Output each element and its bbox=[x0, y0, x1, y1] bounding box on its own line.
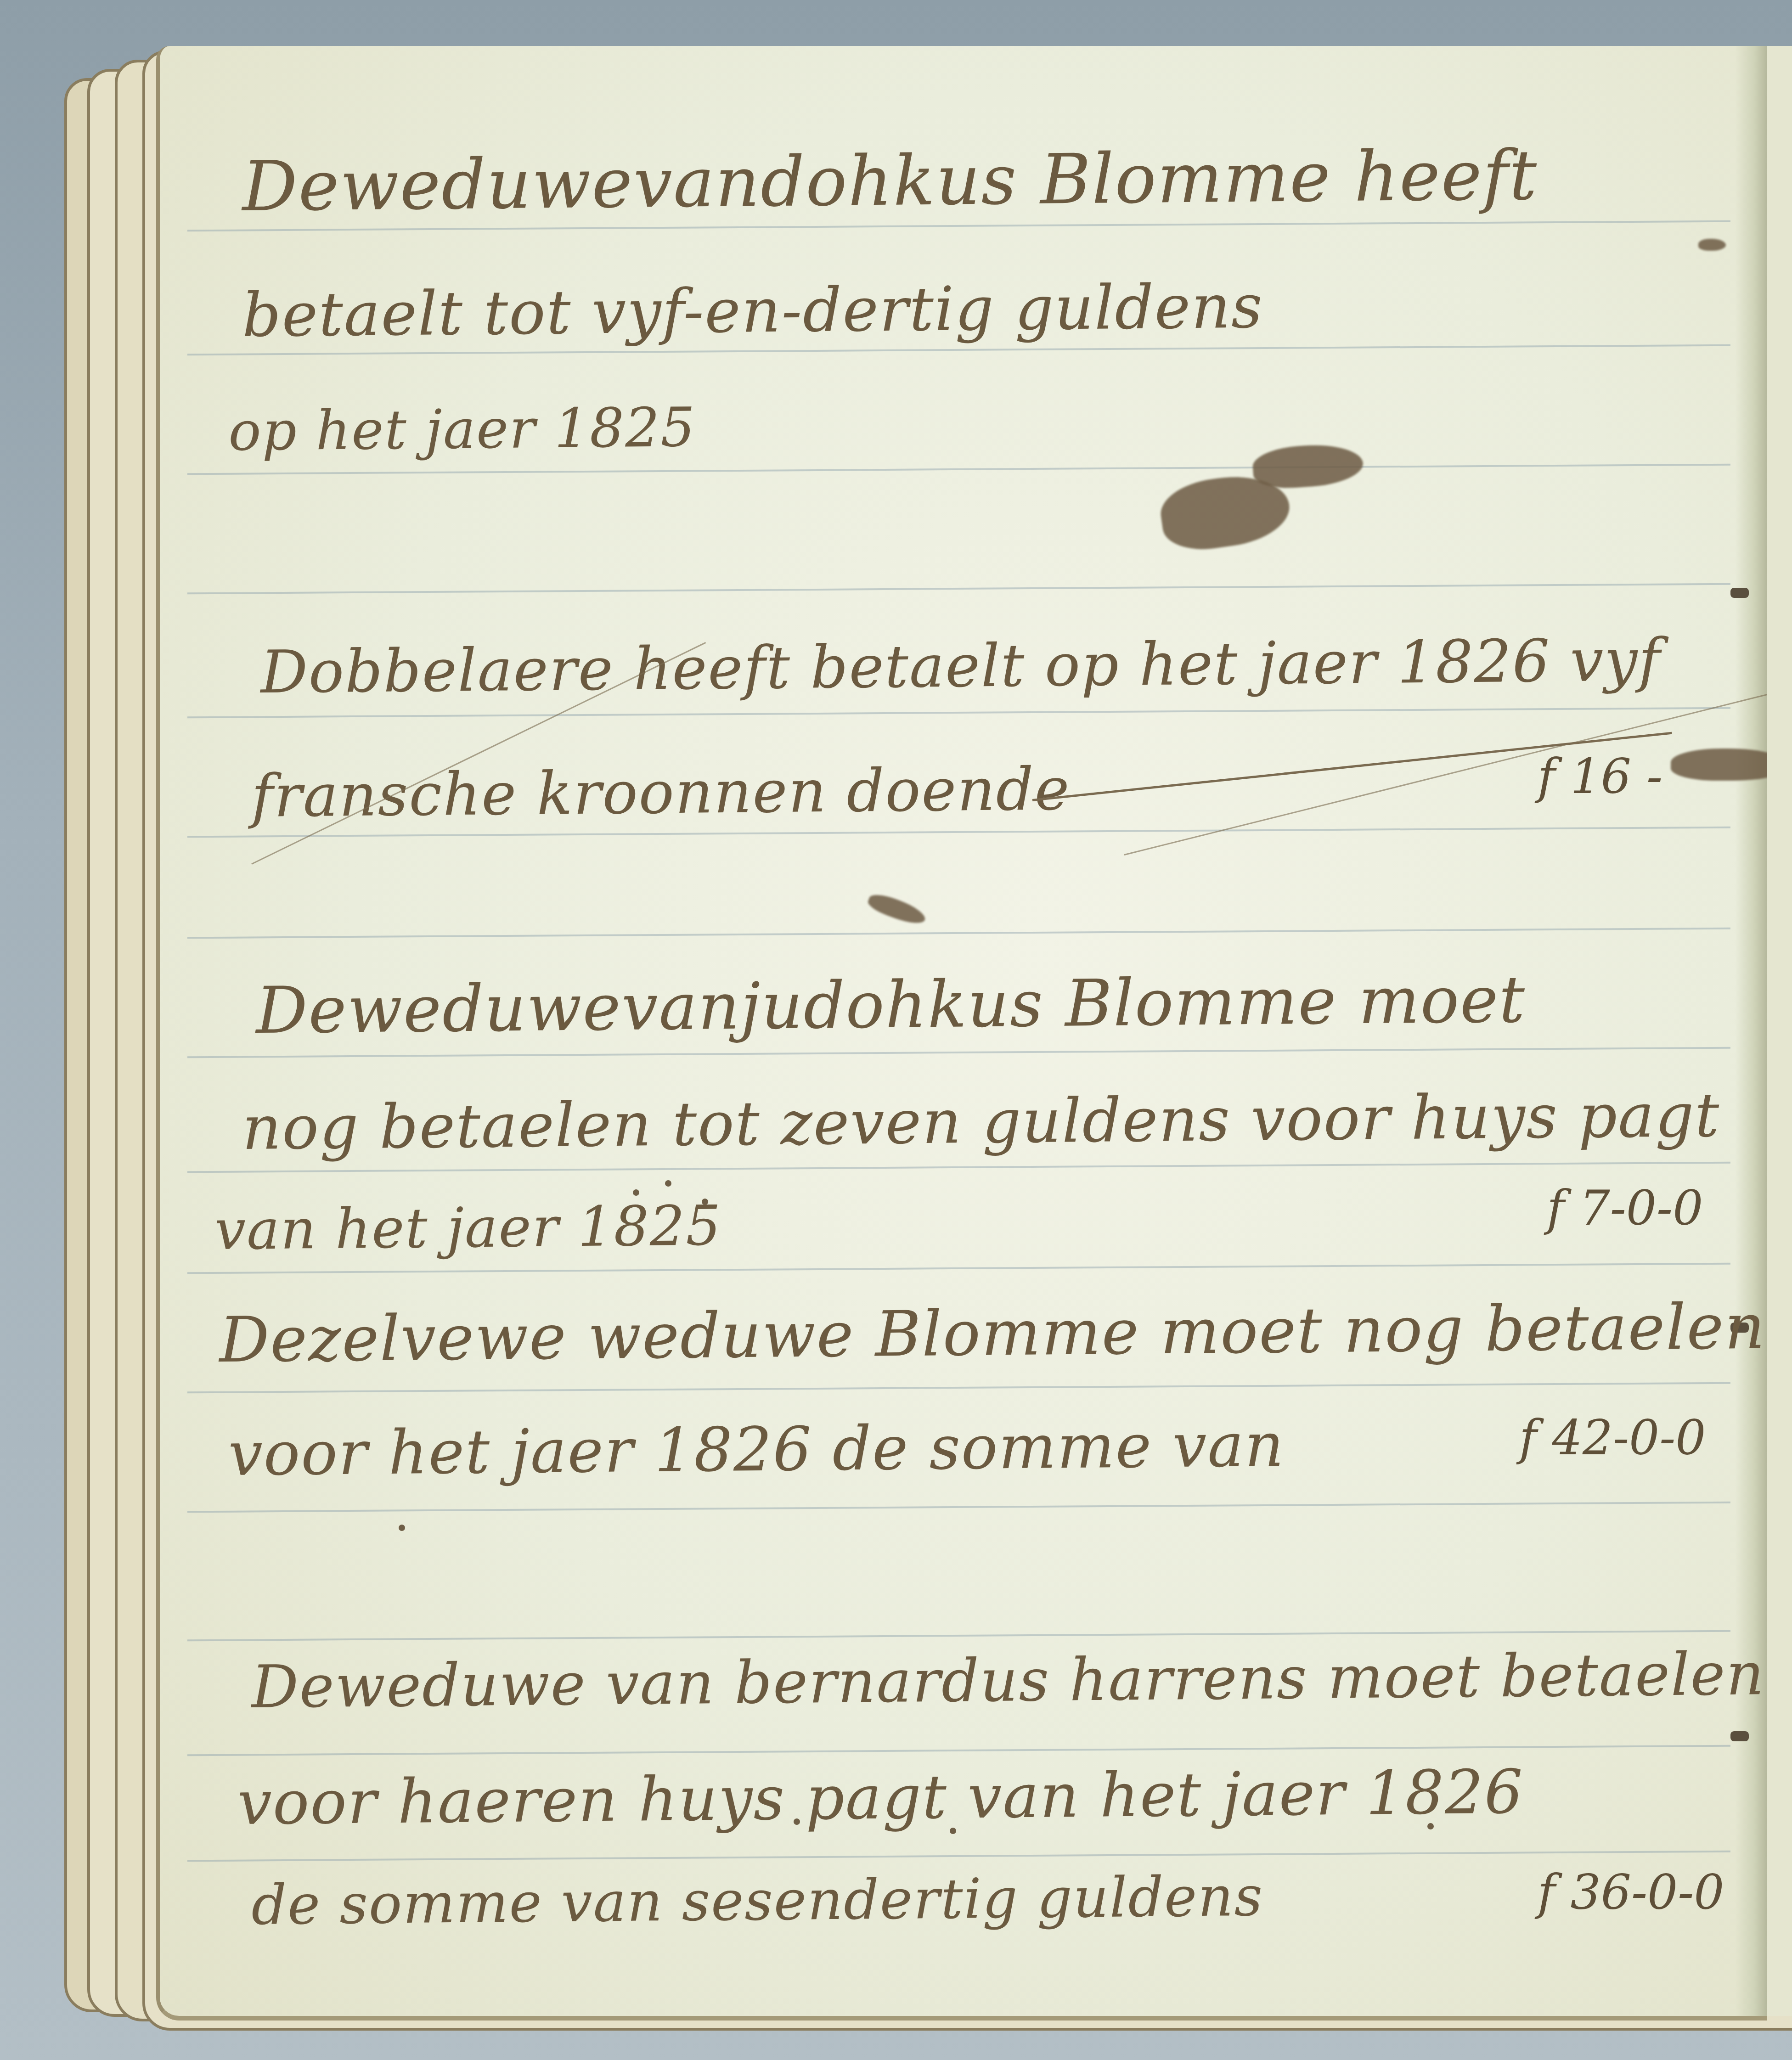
entry-line: betaelt tot vyf-en-dertig guldens bbox=[242, 271, 1264, 351]
notebook: Dewedu­wevandohkus Blomme heeft betaelt … bbox=[37, 28, 1792, 2048]
ruled-line bbox=[187, 583, 1730, 595]
entry-line: Dobbelaere heeft betaelt op het jaer 182… bbox=[260, 626, 1662, 707]
ink-speck bbox=[1427, 1823, 1434, 1829]
entry-amount: f 36-0-0 bbox=[1538, 1864, 1724, 1920]
ink-speck bbox=[794, 1818, 800, 1825]
entry-amount: f 42-0-0 bbox=[1519, 1410, 1706, 1466]
entry-line: Deweduwe van bernardus harrens moet beta… bbox=[251, 1640, 1765, 1722]
ink-stain bbox=[1671, 749, 1767, 781]
strike-through-line bbox=[1124, 687, 1767, 856]
ruled-line bbox=[187, 1162, 1730, 1173]
entry-amount: f 7-0-0 bbox=[1547, 1180, 1703, 1236]
entry-line: fransche kroonnen doende bbox=[251, 755, 1071, 831]
ruled-line bbox=[187, 928, 1730, 939]
entry-line: nog betaelen tot zeven guldens voor huys… bbox=[242, 1080, 1720, 1164]
ruled-line bbox=[187, 1382, 1730, 1394]
ink-speck bbox=[702, 1199, 708, 1205]
binding-gutter bbox=[1735, 46, 1767, 2016]
ink-stain bbox=[1698, 239, 1726, 251]
ruled-line bbox=[187, 1047, 1730, 1058]
ruled-line bbox=[187, 1745, 1730, 1756]
ledger-page: Dewedu­wevandohkus Blomme heeft betaelt … bbox=[156, 46, 1767, 2021]
ruled-line bbox=[187, 1851, 1730, 1862]
ink-speck bbox=[633, 1189, 639, 1196]
entry-line: de somme van sesendertig guldens bbox=[251, 1865, 1264, 1937]
ruled-line bbox=[187, 1263, 1730, 1274]
entry-line: op het jaer 1825 bbox=[228, 395, 696, 463]
entry-line: Dezelvewe weduwe Blomme moet nog betaele… bbox=[219, 1291, 1766, 1377]
entry-line: van het jaer 1825 bbox=[214, 1194, 722, 1262]
ruled-line bbox=[187, 707, 1730, 719]
ink-speck bbox=[665, 1180, 671, 1187]
binding-stitch bbox=[1730, 588, 1749, 598]
entry-line: Dewedu­wevandohkus Blomme heeft bbox=[242, 135, 1538, 227]
ink-speck bbox=[399, 1525, 405, 1531]
ink-speck bbox=[950, 1828, 956, 1834]
ruled-line bbox=[187, 464, 1730, 475]
ruled-line bbox=[187, 1502, 1730, 1513]
binding-stitch bbox=[1730, 1731, 1749, 1741]
ink-stain bbox=[1251, 442, 1364, 491]
ruled-line bbox=[187, 1630, 1730, 1642]
ink-stain bbox=[866, 890, 928, 928]
entry-line: Deweduwevanjudohkus Blomme moet bbox=[256, 962, 1526, 1048]
entry-line: voor het jaer 1826 de somme van bbox=[228, 1410, 1285, 1490]
entry-amount: f 16 - bbox=[1538, 749, 1662, 805]
entry-line: voor haeren huys pagt van het jaer 1826 bbox=[237, 1757, 1524, 1839]
